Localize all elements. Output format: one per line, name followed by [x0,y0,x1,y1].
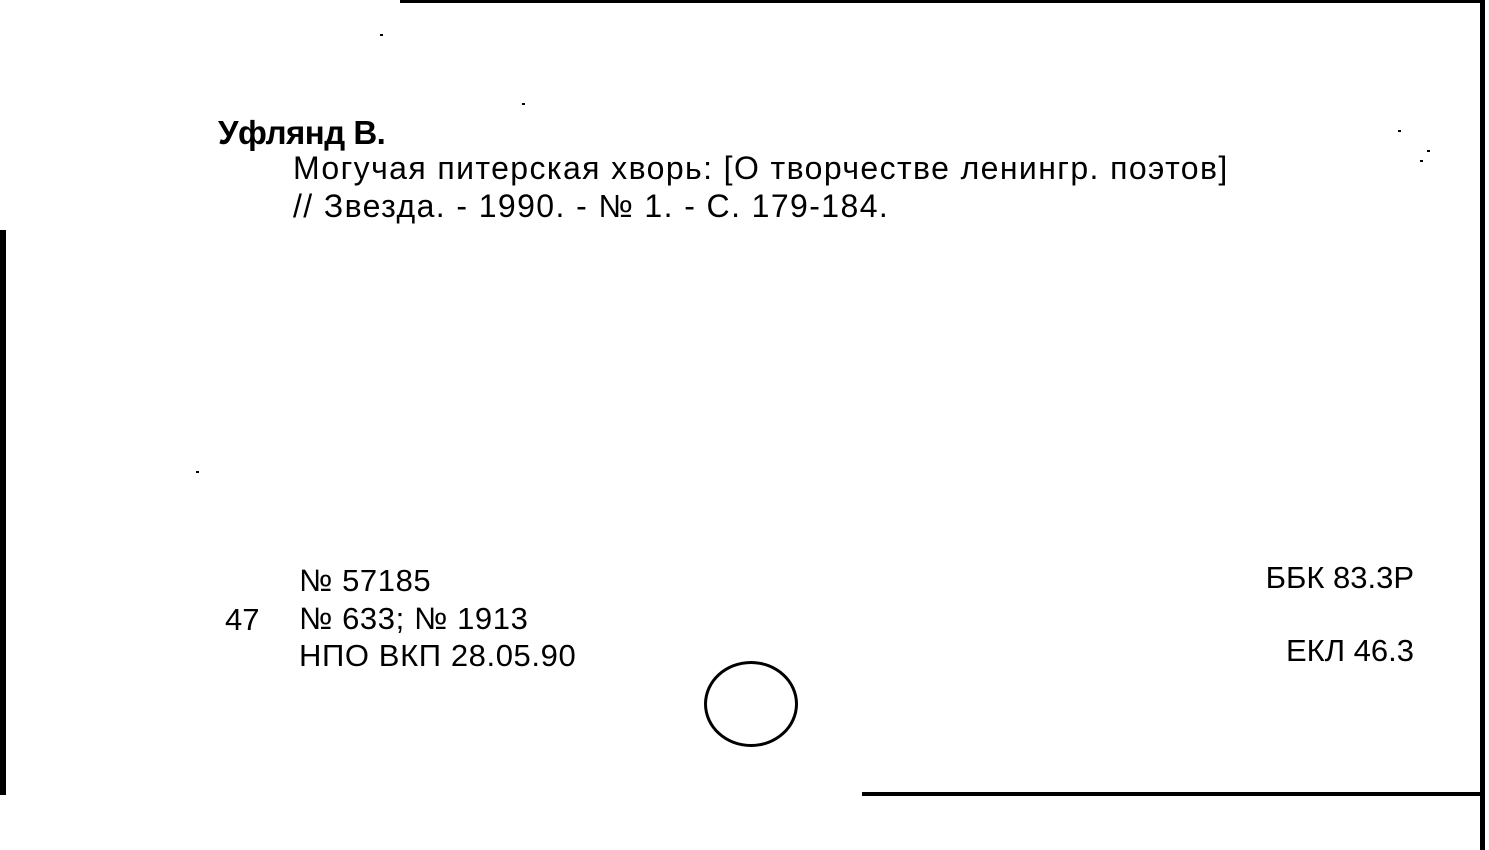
card-edge-bottom [862,792,1482,796]
author-heading: Уфлянд В. [218,114,385,152]
punch-hole-icon [704,661,798,747]
source-line: // Звезда. - 1990. - № 1. - С. 179-184. [293,188,889,225]
shelf-number: 47 [225,602,259,638]
scan-speck [522,103,525,105]
scan-speck [196,471,199,473]
scan-speck [1420,160,1423,162]
scan-speck [380,34,383,36]
registration-number: № 57185 [299,563,431,599]
bbk-index: ББК 83.3Р [1266,560,1414,596]
title-line: Могучая питерская хворь: [О творчестве л… [293,150,1229,187]
registration-numbers: № 633; № 1913 [299,601,528,637]
ekl-index: ЕКЛ 46.3 [1286,633,1414,669]
processing-stamp: НПО ВКП 28.05.90 [299,638,576,674]
catalog-card: Уфлянд В. Могучая питерская хворь: [О тв… [0,0,1489,850]
card-edge-right [1480,0,1485,850]
scan-speck [1398,130,1401,132]
card-edge-left [0,230,6,795]
card-edge-top [400,0,1485,3]
scan-speck [1427,150,1430,152]
